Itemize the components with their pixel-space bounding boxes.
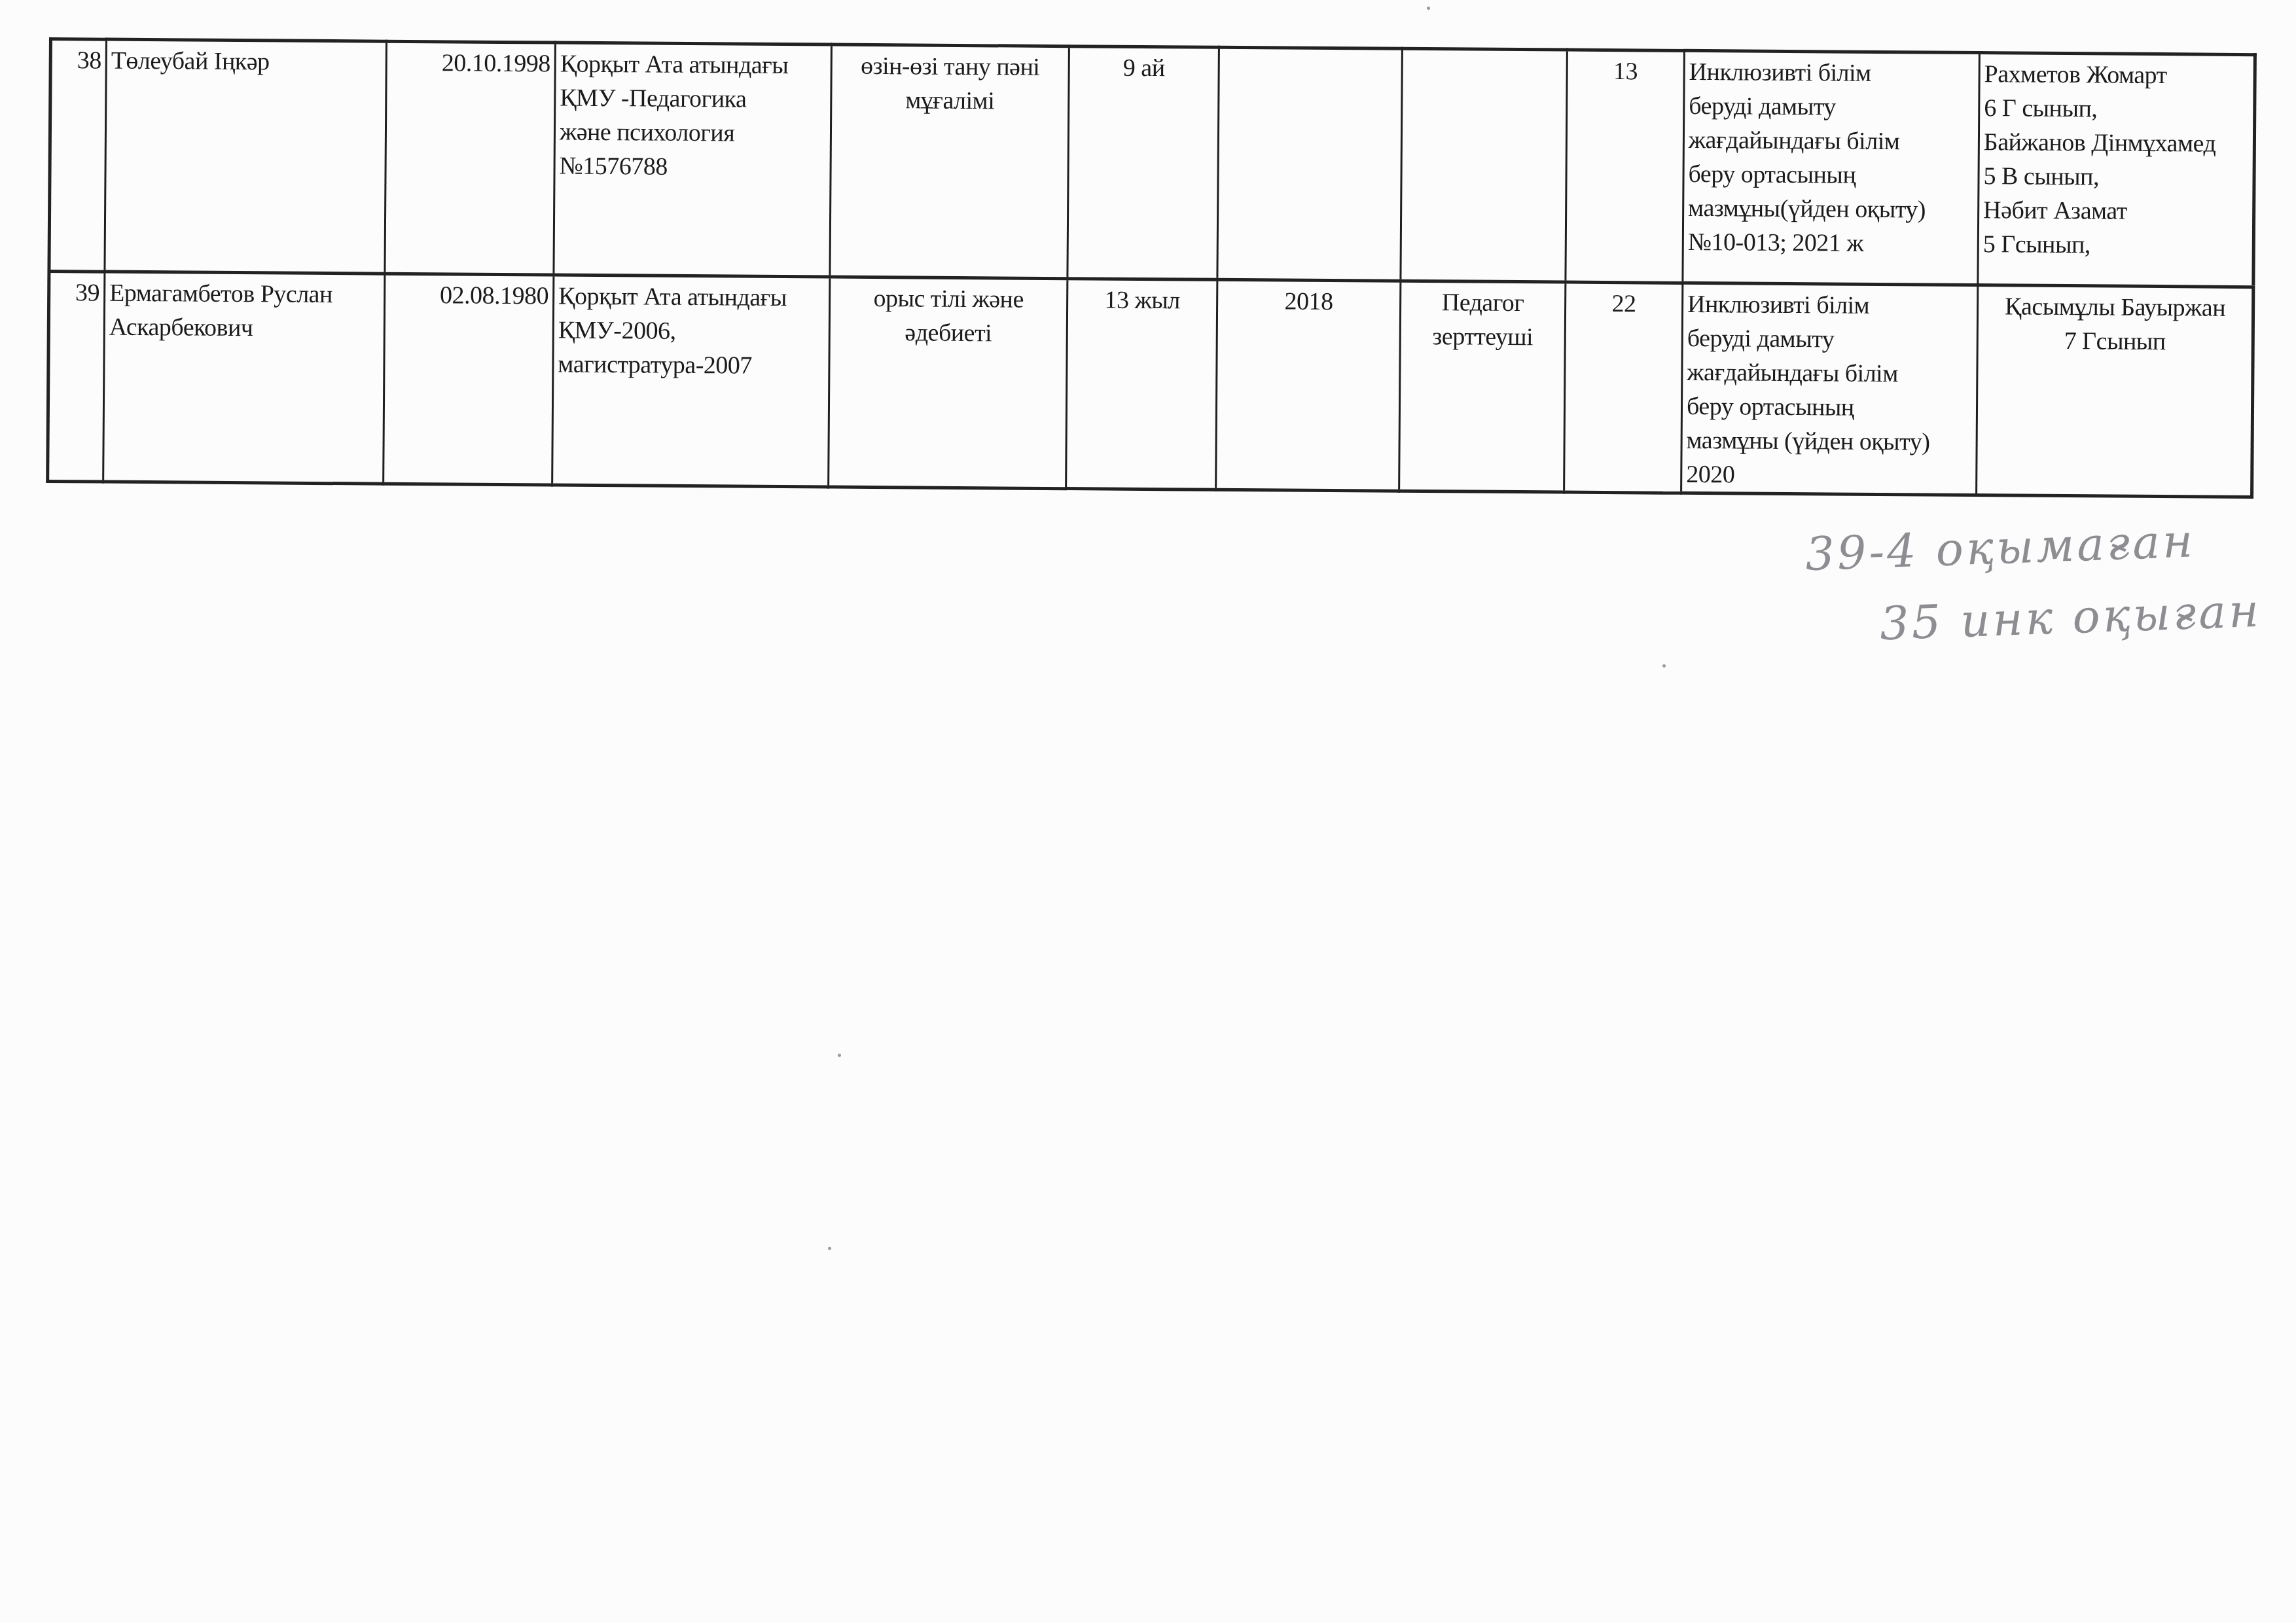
- teacher-table: 38 Төлеубай Іңкәр 20.10.1998 Қорқыт Ата …: [46, 37, 2257, 499]
- birth-date: 02.08.1980: [384, 274, 554, 485]
- row-number: 39: [48, 272, 105, 482]
- students: Қасымұлы Бауыржан 7 Гсынып: [1977, 285, 2253, 497]
- handwritten-note-line2: 35 инк оқыған: [1878, 575, 2263, 660]
- row-number: 38: [49, 39, 107, 272]
- course: Инклюзивті білім беруді дамыту жағдайынд…: [1683, 50, 1980, 285]
- category: Педагог зерттеуші: [1399, 281, 1566, 492]
- scan-speck: [1427, 7, 1430, 10]
- scan-speck: [838, 1054, 841, 1057]
- category: [1401, 48, 1568, 282]
- table-row: 39 Ермагамбетов Руслан Аскарбекович 02.0…: [48, 272, 2253, 497]
- attestation-year: 2018: [1216, 279, 1401, 491]
- attestation-year: [1217, 47, 1403, 281]
- specialty: орыс тілі және әдебиеті: [829, 277, 1067, 489]
- scan-speck: [828, 1247, 831, 1250]
- scan-speck: [1662, 664, 1666, 668]
- hours: 13: [1566, 50, 1685, 283]
- specialty: өзін-өзі тану пәні мұғалімі: [830, 45, 1069, 279]
- experience: 13 жыл: [1066, 279, 1217, 490]
- students: Рахметов Жомарт 6 Г сынып, Байжанов Дінм…: [1978, 53, 2255, 287]
- education: Қорқыт Ата атындағы ҚМУ-2006, магистрату…: [552, 275, 830, 487]
- experience: 9 ай: [1067, 46, 1219, 280]
- handwritten-note: 39-4 оқымаған 35 инк оқыған: [1804, 503, 2263, 662]
- full-name: Төлеубай Іңкәр: [105, 39, 387, 274]
- education: Қорқыт Ата атындағы ҚМУ -Педагогика және…: [554, 43, 832, 277]
- hours: 22: [1564, 282, 1683, 493]
- teacher-table-sheet: 38 Төлеубай Іңкәр 20.10.1998 Қорқыт Ата …: [46, 37, 2257, 499]
- table-row: 38 Төлеубай Іңкәр 20.10.1998 Қорқыт Ата …: [49, 39, 2255, 287]
- full-name: Ермагамбетов Руслан Аскарбекович: [103, 272, 385, 484]
- course: Инклюзивті білім беруді дамыту жағдайынд…: [1681, 283, 1978, 495]
- handwritten-note-line1: 39-4 оқымаған: [1804, 514, 2196, 581]
- birth-date: 20.10.1998: [385, 41, 556, 275]
